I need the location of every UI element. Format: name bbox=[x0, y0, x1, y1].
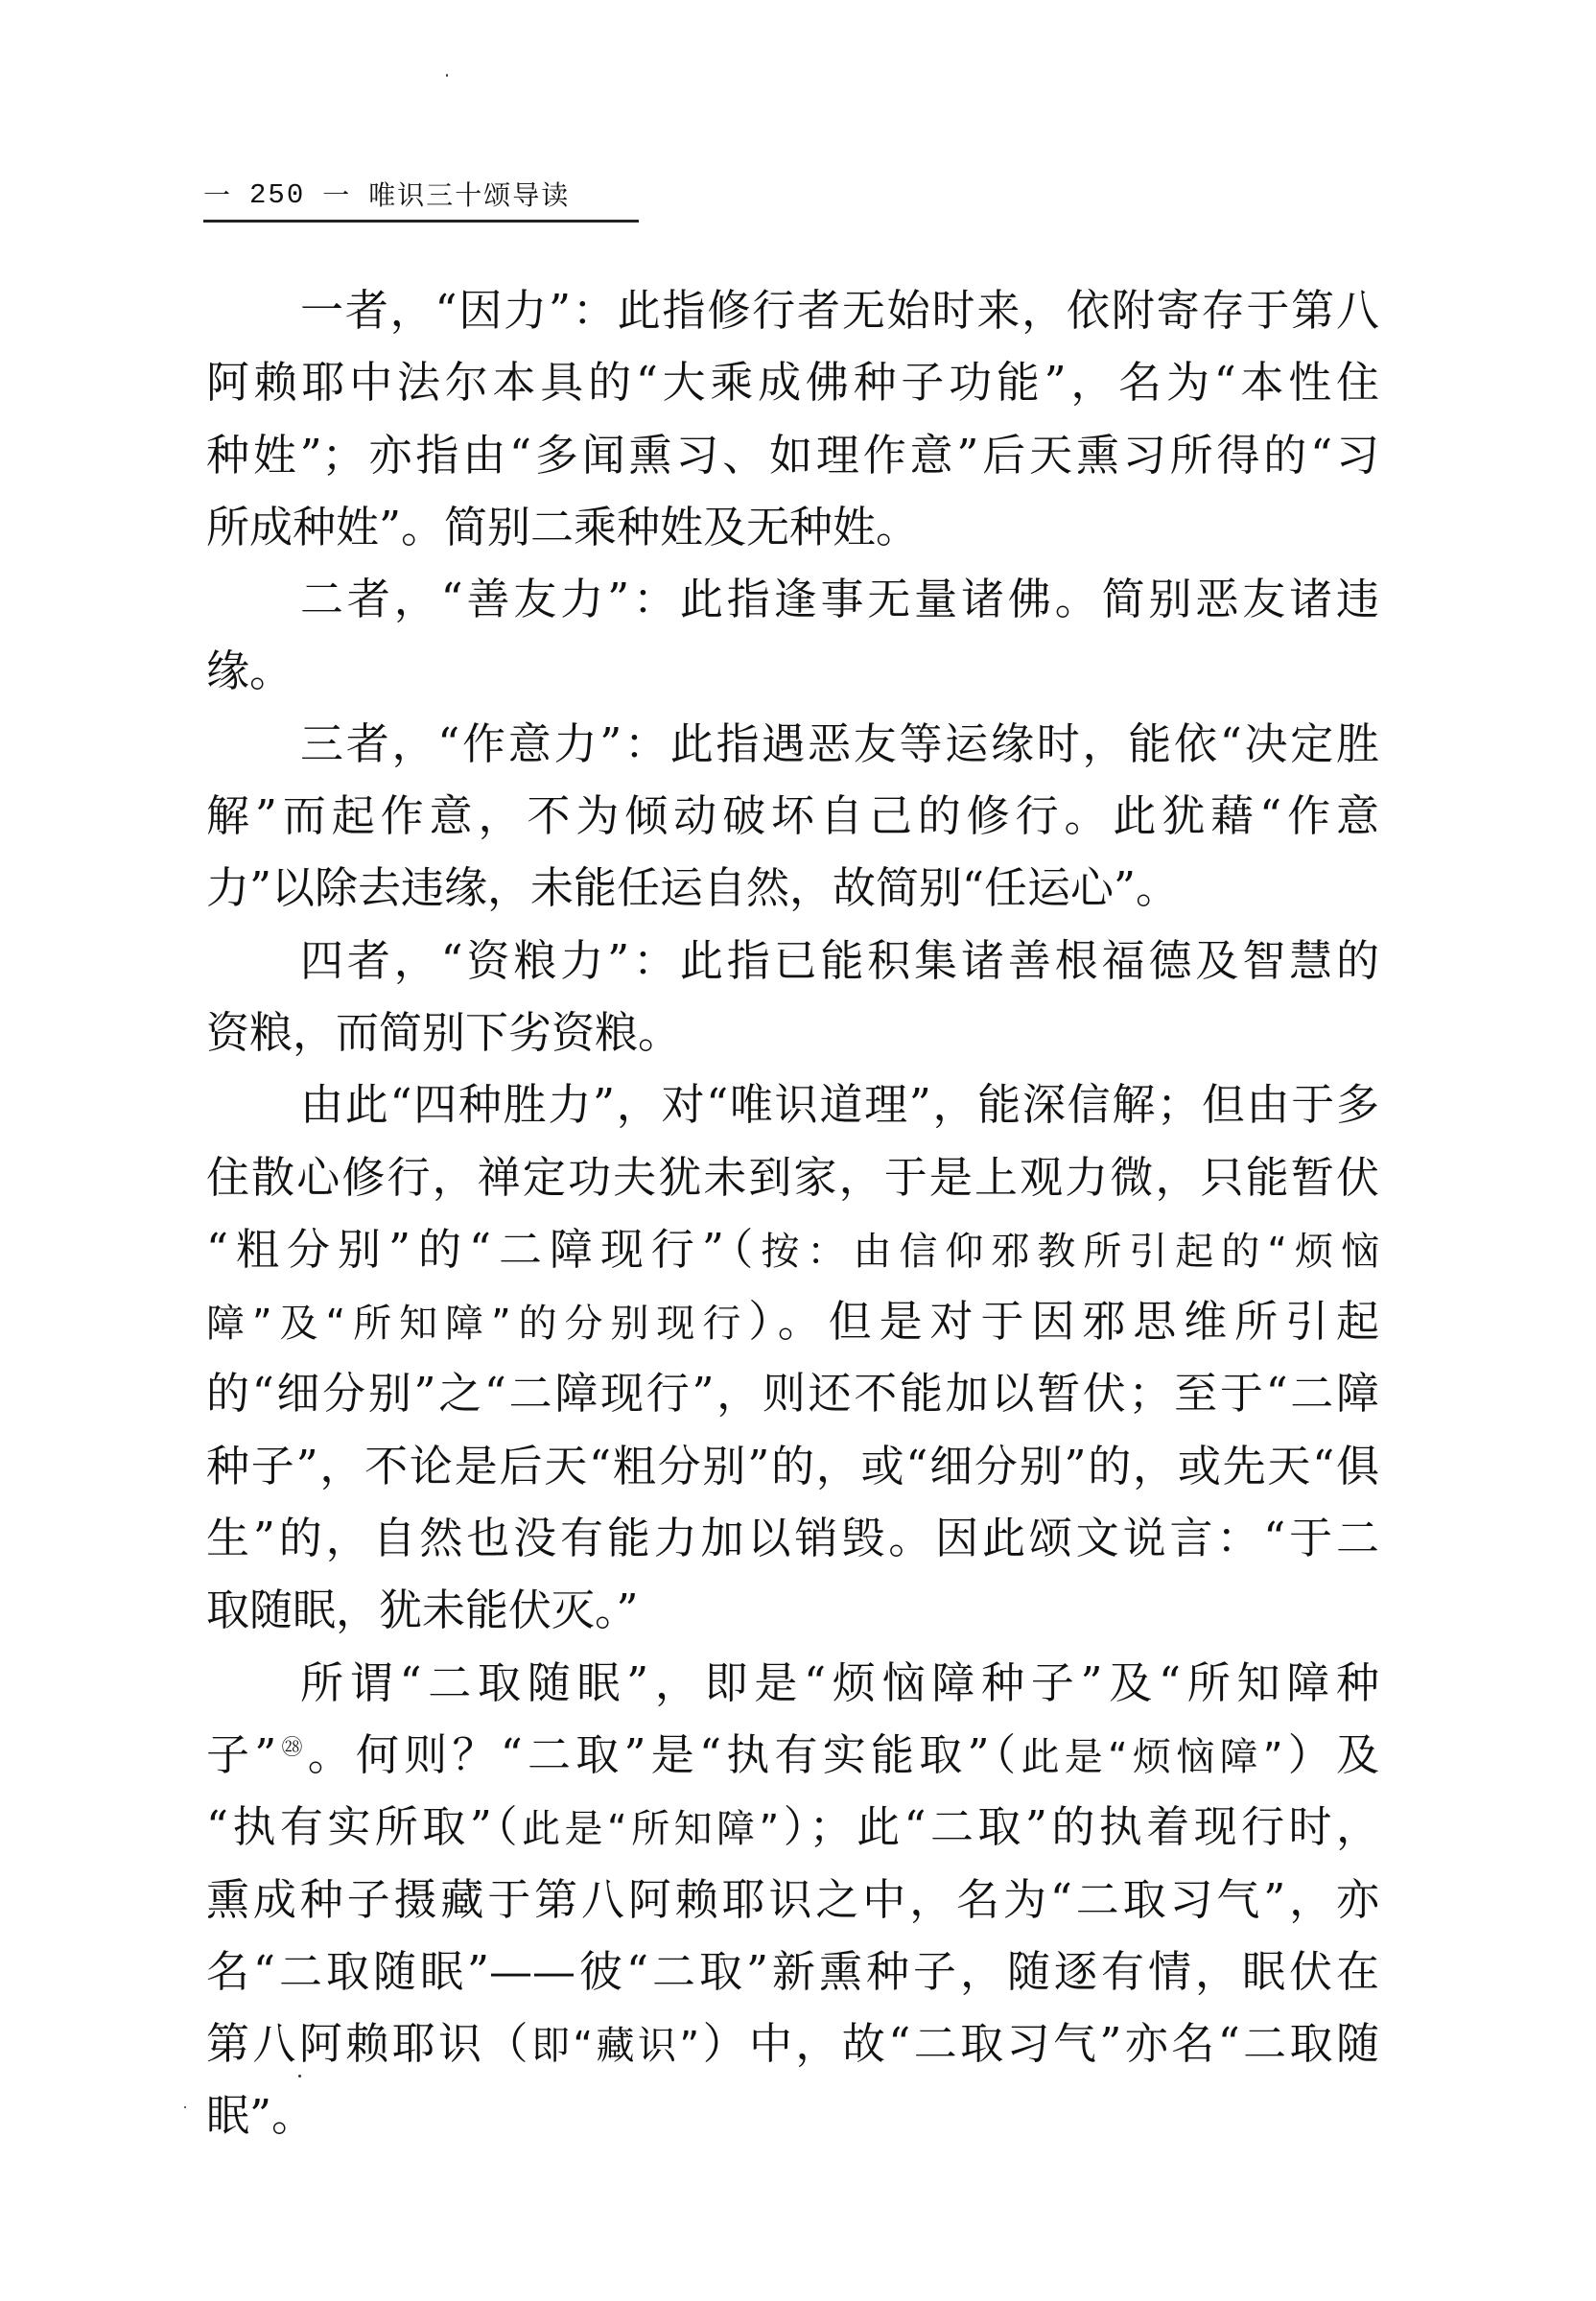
annotation-text: 此是“所知障” bbox=[522, 1807, 779, 1851]
scan-speck bbox=[184, 2106, 186, 2108]
text-line: 眠”。 bbox=[206, 2089, 1379, 2161]
text-line: 子”㉘。何则？“二取”是“执有实能取”（此是“烦恼障”）及 bbox=[206, 1728, 1379, 1800]
line-text: ）。但是对于因邪思维所引起 bbox=[748, 1296, 1379, 1347]
line-text: 四者，“资粮力”：此指已能积集诸善根福德及智慧的 bbox=[300, 935, 1379, 986]
text-line: 由此“四种胜力”，对“唯识道理”，能深信解；但由于多 bbox=[206, 1078, 1379, 1150]
text-line: 取随眠，犹未能伏灭。” bbox=[206, 1584, 1379, 1655]
footnote-marker[interactable]: ㉘ bbox=[276, 1736, 308, 1760]
line-text: 的“细分别”之“二障现行”，则还不能加以暂伏；至于“二障 bbox=[206, 1368, 1379, 1419]
line-text: 缘。 bbox=[206, 646, 293, 696]
text-line: 名“二取随眠”——彼“二取”新熏种子，随逐有情，眠伏在 bbox=[206, 1945, 1379, 2017]
text-line: 生”的，自然也没有能力加以销毁。因此颂文说言：“于二 bbox=[206, 1512, 1379, 1584]
annotation-text: 即“藏识” bbox=[531, 2024, 699, 2068]
text-line: 所成种姓”。简别二乘种姓及无种姓。 bbox=[206, 501, 1379, 573]
line-text: 子” bbox=[206, 1729, 276, 1780]
text-line: 所谓“二取随眠”，即是“烦恼障种子”及“所知障种 bbox=[206, 1656, 1379, 1728]
annotation-text: 此是“烦恼障” bbox=[1021, 1735, 1283, 1779]
text-line: 种子”，不论是后天“粗分别”的，或“细分别”的，或先天“俱 bbox=[206, 1440, 1379, 1512]
header-dash-right: 一 bbox=[322, 178, 351, 213]
text-line: 住散心修行，禅定功夫犹未到家，于是上观力微，只能暂伏 bbox=[206, 1151, 1379, 1223]
line-text: 一者，“因力”：此指修行者无始时来，依附寄存于第八 bbox=[300, 285, 1379, 336]
text-line: 障”及“所知障”的分别现行）。但是对于因邪思维所引起 bbox=[206, 1295, 1379, 1367]
line-text: “粗分别”的“二障现行”（ bbox=[206, 1224, 761, 1275]
line-text: 名“二取随眠”——彼“二取”新熏种子，随逐有情，眠伏在 bbox=[206, 1946, 1379, 1997]
line-text: 三者，“作意力”：此指遇恶友等运缘时，能依“决定胜 bbox=[300, 718, 1379, 769]
scan-speck bbox=[298, 2075, 301, 2078]
book-page: 一 250 一 唯识三十颂导读 一者，“因力”：此指修行者无始时来，依附寄存于第… bbox=[0, 0, 1596, 2301]
text-line: 第八阿赖耶识（即“藏识”）中，故“二取习气”亦名“二取随 bbox=[206, 2017, 1379, 2089]
line-text: 取随眠，犹未能伏灭。” bbox=[206, 1585, 639, 1635]
text-line: 缘。 bbox=[206, 645, 1379, 716]
line-text: 生”的，自然也没有能力加以销毁。因此颂文说言：“于二 bbox=[206, 1513, 1379, 1563]
line-text: 。何则？“二取”是“执有实能取”（ bbox=[308, 1729, 1021, 1780]
annotation-text: 障”及“所知障”的分别现行 bbox=[206, 1302, 748, 1346]
line-text: 资粮，而简别下劣资粮。 bbox=[206, 1007, 681, 1058]
text-line: 的“细分别”之“二障现行”，则还不能加以暂伏；至于“二障 bbox=[206, 1367, 1379, 1439]
running-header: 一 250 一 唯识三十颂导读 bbox=[203, 178, 639, 223]
line-text: ）中，故“二取习气”亦名“二取随 bbox=[699, 2018, 1379, 2069]
text-line: 三者，“作意力”：此指遇恶友等运缘时，能依“决定胜 bbox=[206, 717, 1379, 789]
page-number: 250 bbox=[249, 178, 305, 213]
text-line: 力”以除去违缘，未能任运自然，故简别“任运心”。 bbox=[206, 861, 1379, 933]
line-text: 住散心修行，禅定功夫犹未到家，于是上观力微，只能暂伏 bbox=[206, 1152, 1379, 1203]
text-line: 解”而起作意，不为倾动破坏自己的修行。此犹藉“作意 bbox=[206, 789, 1379, 861]
line-text: 力”以除去违缘，未能任运自然，故简别“任运心”。 bbox=[206, 862, 1179, 913]
scan-speck bbox=[446, 74, 448, 77]
line-text: 由此“四种胜力”，对“唯识道理”，能深信解；但由于多 bbox=[300, 1079, 1379, 1130]
body-text: 一者，“因力”：此指修行者无始时来，依附寄存于第八 阿赖耶中法尔本具的“大乘成佛… bbox=[206, 284, 1379, 2162]
book-title: 唯识三十颂导读 bbox=[368, 178, 570, 213]
line-text: ）及 bbox=[1282, 1729, 1379, 1780]
text-line: 四者，“资粮力”：此指已能积集诸善根福德及智慧的 bbox=[206, 934, 1379, 1006]
text-line: “执有实所取”（此是“所知障”）；此“二取”的执着现行时， bbox=[206, 1800, 1379, 1872]
line-text: 种姓”；亦指由“多闻熏习、如理作意”后天熏习所得的“习 bbox=[206, 430, 1379, 481]
line-text: 所成种姓”。简别二乘种姓及无种姓。 bbox=[206, 502, 919, 552]
line-text: 二者，“善友力”：此指逢事无量诸佛。简别恶友诸违 bbox=[300, 574, 1379, 624]
line-text: 解”而起作意，不为倾动破坏自己的修行。此犹藉“作意 bbox=[206, 790, 1379, 841]
text-line: “粗分别”的“二障现行”（按：由信仰邪教所引起的“烦恼 bbox=[206, 1223, 1379, 1295]
line-text: 眠”。 bbox=[206, 2090, 315, 2141]
text-line: 资粮，而简别下劣资粮。 bbox=[206, 1006, 1379, 1078]
text-line: 熏成种子摄藏于第八阿赖耶识之中，名为“二取习气”，亦 bbox=[206, 1873, 1379, 1945]
line-text: 熏成种子摄藏于第八阿赖耶识之中，名为“二取习气”，亦 bbox=[206, 1874, 1379, 1925]
header-dash-left: 一 bbox=[203, 178, 232, 213]
line-text: “执有实所取”（ bbox=[206, 1801, 522, 1852]
line-text: 阿赖耶中法尔本具的“大乘成佛种子功能”，名为“本性住 bbox=[206, 357, 1379, 408]
annotation-text: 按：由信仰邪教所引起的“烦恼 bbox=[761, 1230, 1379, 1274]
line-text: 所谓“二取随眠”，即是“烦恼障种子”及“所知障种 bbox=[300, 1657, 1379, 1708]
text-line: 二者，“善友力”：此指逢事无量诸佛。简别恶友诸违 bbox=[206, 573, 1379, 645]
line-text: 第八阿赖耶识（ bbox=[206, 2018, 531, 2069]
line-text: ）；此“二取”的执着现行时， bbox=[779, 1801, 1379, 1852]
header-text: 一 250 一 唯识三十颂导读 bbox=[203, 178, 639, 213]
text-line: 阿赖耶中法尔本具的“大乘成佛种子功能”，名为“本性住 bbox=[206, 356, 1379, 428]
text-line: 一者，“因力”：此指修行者无始时来，依附寄存于第八 bbox=[206, 284, 1379, 356]
text-line: 种姓”；亦指由“多闻熏习、如理作意”后天熏习所得的“习 bbox=[206, 429, 1379, 501]
line-text: 种子”，不论是后天“粗分别”的，或“细分别”的，或先天“俱 bbox=[206, 1441, 1379, 1491]
